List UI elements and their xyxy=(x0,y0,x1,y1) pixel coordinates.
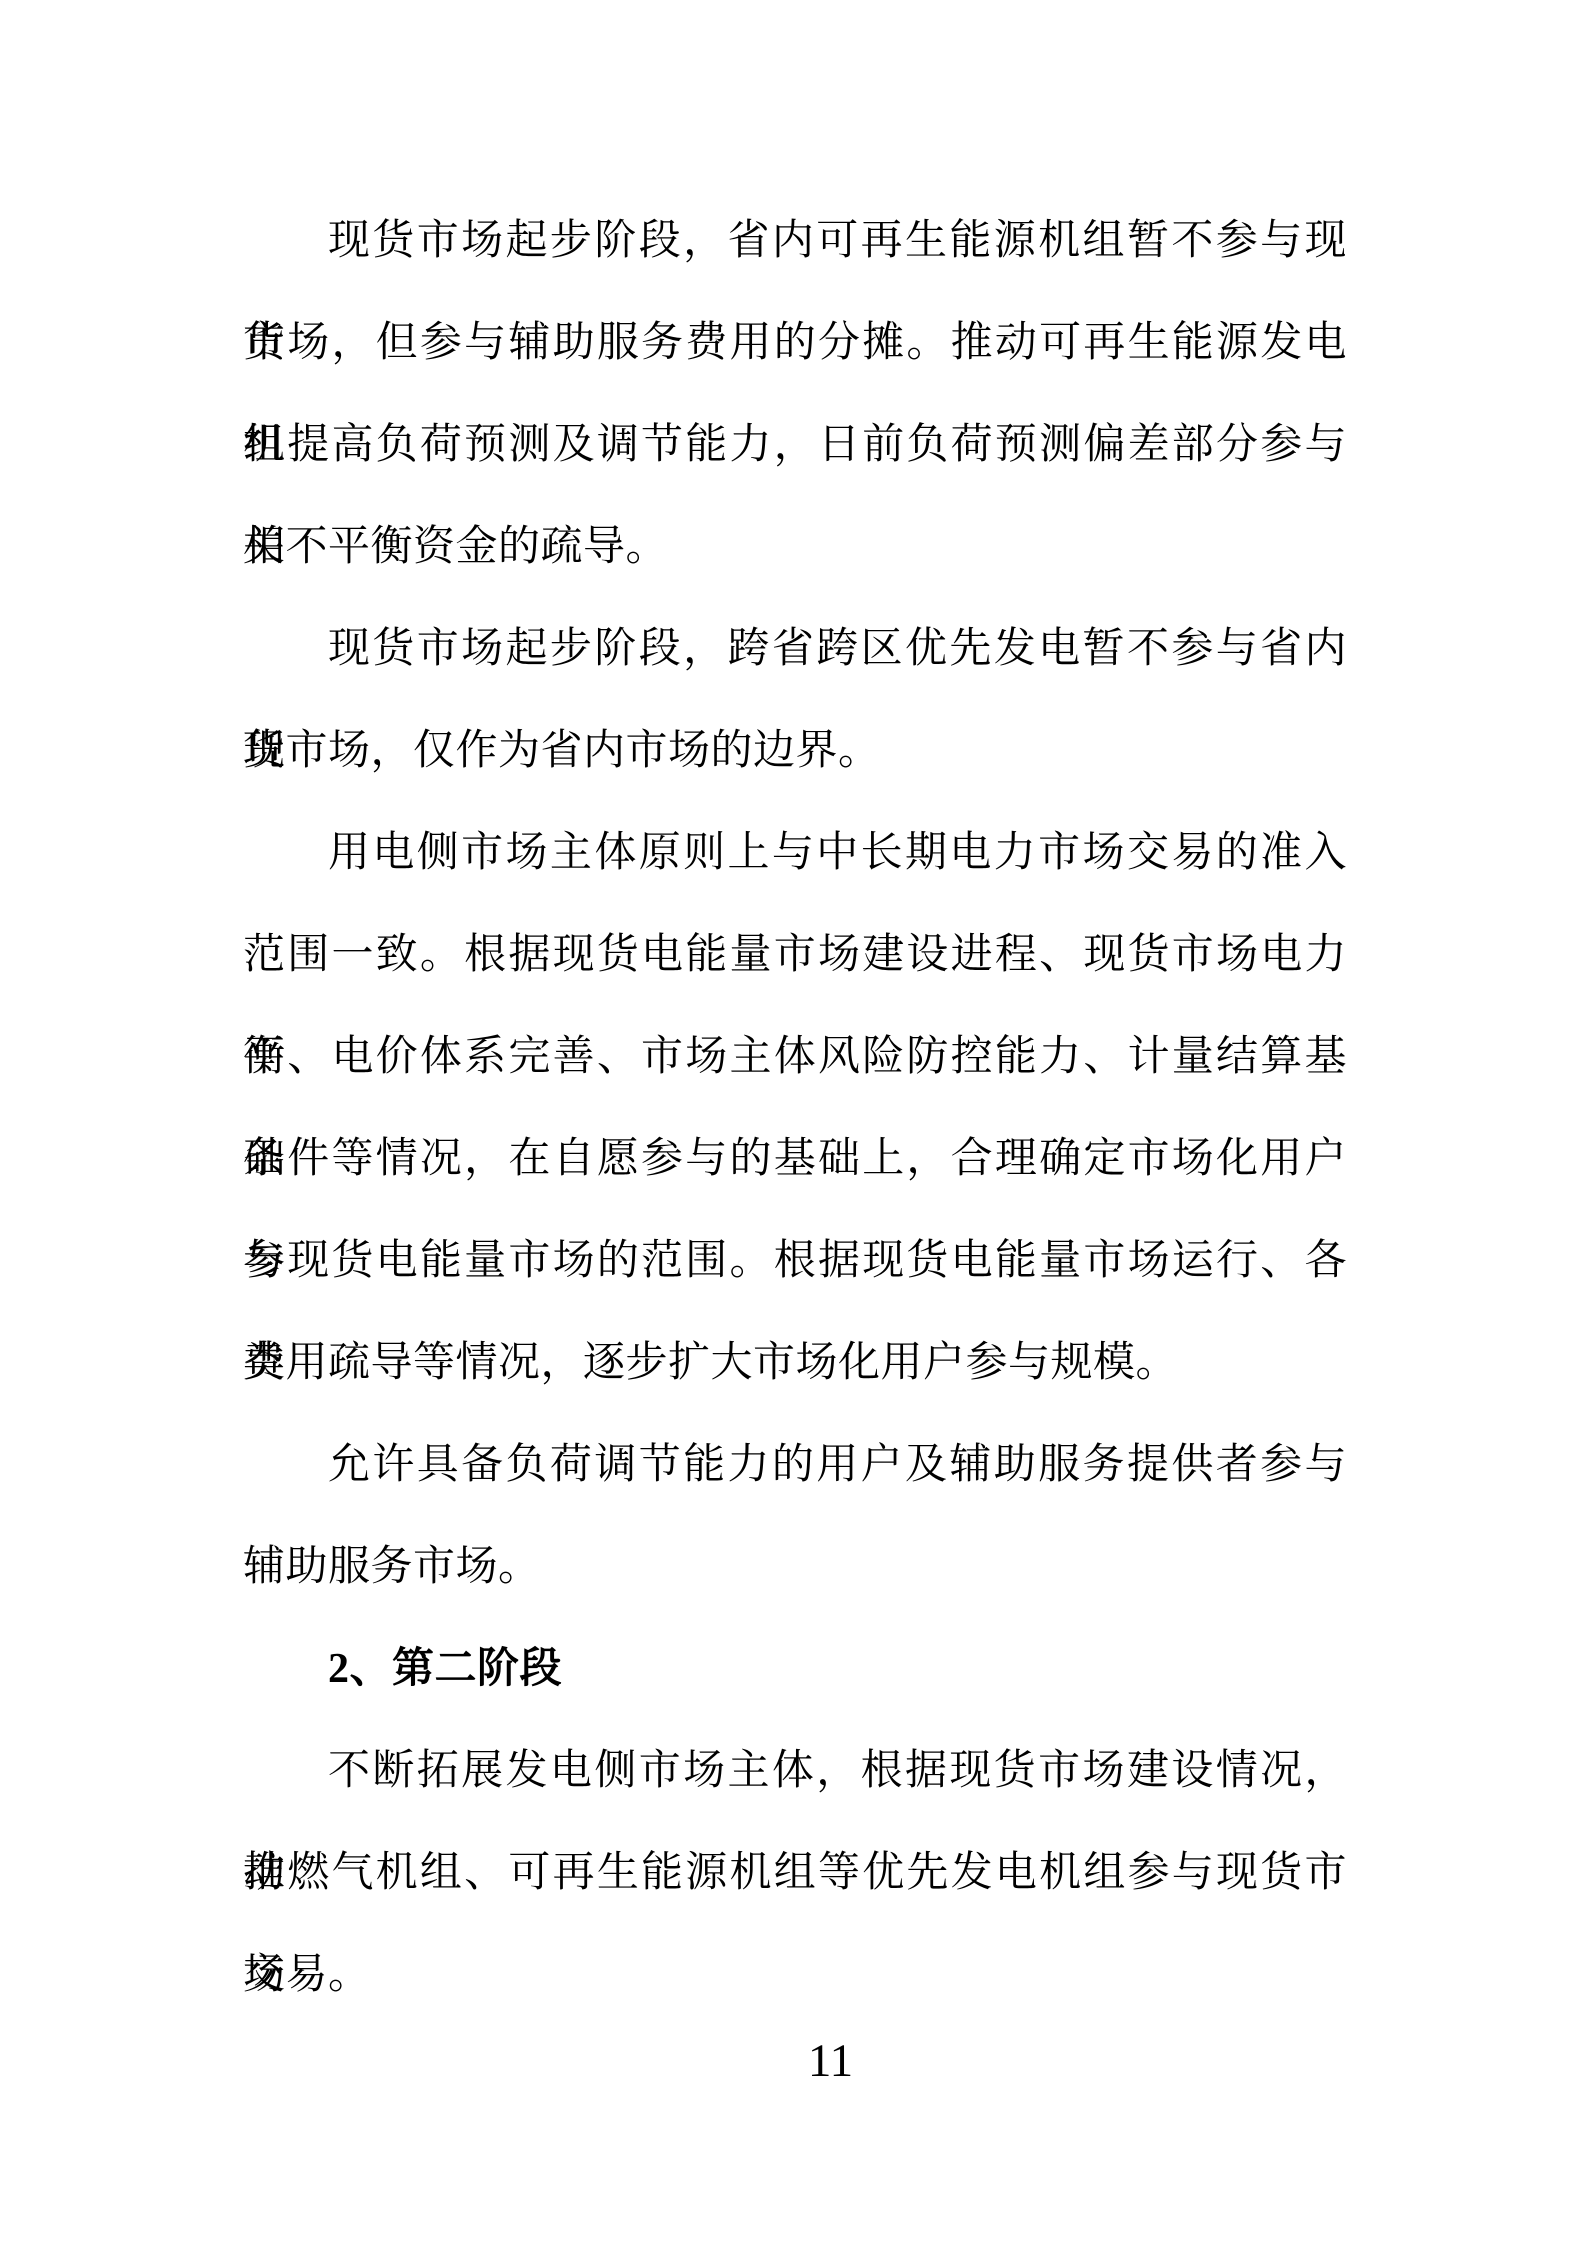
paragraph: 用电侧市场主体原则上与中长期电力市场交易的准入 范围一致。根据现货电能量市场建设… xyxy=(243,802,1347,1414)
paragraph-line: 动燃气机组、可再生能源机组等优先发电机组参与现货市场 xyxy=(243,1822,1347,1924)
paragraph-line: 允许具备负荷调节能力的用户及辅助服务提供者参与 xyxy=(243,1414,1347,1516)
paragraph: 不断拓展发电侧市场主体，根据现货市场建设情况，推 动燃气机组、可再生能源机组等优… xyxy=(243,1720,1347,2026)
paragraph: 允许具备负荷调节能力的用户及辅助服务提供者参与 辅助服务市场。 xyxy=(243,1414,1347,1618)
paragraph-line: 衡、电价体系完善、市场主体风险防控能力、计量结算基础 xyxy=(243,1006,1347,1108)
paragraph-line: 关不平衡资金的疏导。 xyxy=(243,496,1347,598)
section: 2、第二阶段 xyxy=(243,1618,1347,1720)
paragraph-line: 现货市场起步阶段，跨省跨区优先发电暂不参与省内现 xyxy=(243,598,1347,700)
paragraph-line: 现货市场起步阶段，省内可再生能源机组暂不参与现货 xyxy=(243,190,1347,292)
paragraph-line: 条件等情况，在自愿参与的基础上，合理确定市场化用户参 xyxy=(243,1108,1347,1210)
text-block: 现货市场起步阶段，省内可再生能源机组暂不参与现货 市场，但参与辅助服务费用的分摊… xyxy=(243,190,1347,2026)
paragraph-line: 市场，但参与辅助服务费用的分摊。推动可再生能源发电机 xyxy=(243,292,1347,394)
paragraph-line: 不断拓展发电侧市场主体，根据现货市场建设情况，推 xyxy=(243,1720,1347,1822)
page-number: 11 xyxy=(808,2035,853,2087)
paragraph-line: 组提高负荷预测及调节能力，日前负荷预测偏差部分参与相 xyxy=(243,394,1347,496)
page-footer: 11 xyxy=(0,2026,1587,2096)
paragraph-line: 范围一致。根据现货电能量市场建设进程、现货市场电力平 xyxy=(243,904,1347,1006)
paragraph-line: 辅助服务市场。 xyxy=(243,1516,1347,1618)
paragraph-line: 费用疏导等情况，逐步扩大市场化用户参与规模。 xyxy=(243,1312,1347,1414)
paragraph-line: 用电侧市场主体原则上与中长期电力市场交易的准入 xyxy=(243,802,1347,904)
paragraph: 现货市场起步阶段，省内可再生能源机组暂不参与现货 市场，但参与辅助服务费用的分摊… xyxy=(243,190,1347,598)
section-heading: 2、第二阶段 xyxy=(243,1618,1347,1720)
paragraph-line: 货市场，仅作为省内市场的边界。 xyxy=(243,700,1347,802)
paragraph-line: 与现货电能量市场的范围。根据现货电能量市场运行、各类 xyxy=(243,1210,1347,1312)
paragraph-line: 交易。 xyxy=(243,1924,1347,2026)
paragraph: 现货市场起步阶段，跨省跨区优先发电暂不参与省内现 货市场，仅作为省内市场的边界。 xyxy=(243,598,1347,802)
document-page: 现货市场起步阶段，省内可再生能源机组暂不参与现货 市场，但参与辅助服务费用的分摊… xyxy=(0,0,1587,2245)
